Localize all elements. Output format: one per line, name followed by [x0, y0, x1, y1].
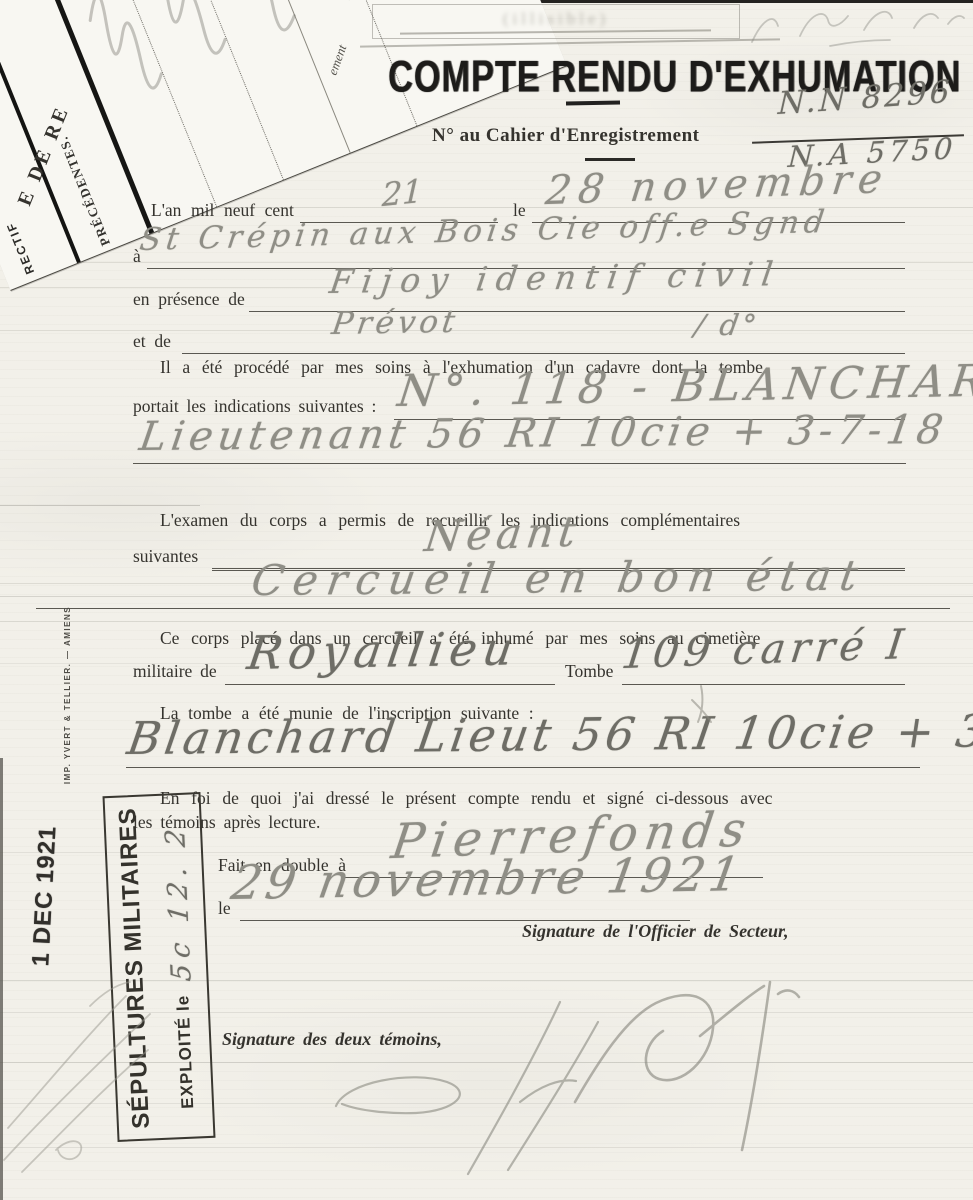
pencil-note-top-right — [752, 12, 964, 46]
hw-inscription: Blanchard Lieut 56 RI 10cie + 3.7.18 — [124, 703, 973, 765]
form-para3-label1: militaire de — [133, 661, 217, 682]
form-para2-label: suivantes — [133, 546, 198, 567]
hw-witness2: Prévot — [329, 304, 461, 342]
witness-signatures — [336, 1002, 598, 1174]
form-para3-label2: Tombe — [565, 661, 613, 682]
hw-witness2-ditto: / d° — [692, 308, 761, 342]
title-rule — [566, 101, 620, 106]
scan-line — [0, 1147, 973, 1148]
hw-witness1: Fijoy identif civil — [327, 254, 784, 301]
hw-cemetery: Royallieu — [244, 621, 522, 680]
scan-edge-left — [0, 758, 3, 1200]
hw-fait-date: 29 novembre 1921 — [228, 847, 748, 911]
officer-signature — [575, 982, 799, 1150]
hw-coffin-state: Cercueil en bon état — [248, 551, 870, 605]
scan-line — [0, 505, 200, 506]
exhumation-report-scan: CE DE L'ÉTAT-CIVIL EAU RECTIF PRÉCÉDENTE… — [0, 0, 973, 1200]
witness-signature-label: Signature des deux témoins, — [222, 1029, 442, 1050]
hw-tomb-number: 109 carré I — [619, 620, 911, 678]
officer-signature-label: Signature de l'Officier de Secteur, — [522, 921, 789, 942]
card-label-rectif: RECTIF — [3, 219, 37, 276]
form-para5-line1: En foi de quoi j'ai dressé le présent co… — [160, 788, 908, 809]
sepultures-stamp: SÉPULTURES MILITAIRES EXPLOITÉ le 5c 12.… — [103, 792, 216, 1142]
hw-grave-rank: Lieutenant 56 RI 10cie + 3-7-18 — [137, 407, 951, 460]
registry-rule — [585, 158, 635, 161]
form-line4-label: et de — [133, 331, 171, 352]
sepultures-stamp-line2: EXPLOITÉ le — [173, 994, 198, 1109]
faded-stamp-line — [400, 29, 711, 34]
form-line3-label: en présence de — [133, 289, 245, 310]
form-line4-blank — [182, 331, 905, 354]
hw-year: 21 — [381, 172, 423, 215]
faded-stamp-text: (illisible) — [373, 9, 739, 29]
faded-stamp-box: (illisible) — [372, 4, 740, 39]
printer-credit: IMP. YVERT & TELLIER. — AMIENS — [63, 596, 75, 794]
received-date-stamp: 1 DEC 1921 — [27, 818, 63, 973]
card-label-precedentes: PRÉCÉDENTES. — [55, 133, 114, 248]
sepultures-stamp-line1: SÉPULTURES MILITAIRES — [114, 807, 156, 1129]
sepultures-stamp-hw-date: 5c 12. 2 — [160, 822, 198, 982]
registry-label: N° au Cahier d'Enregistrement — [432, 125, 700, 147]
